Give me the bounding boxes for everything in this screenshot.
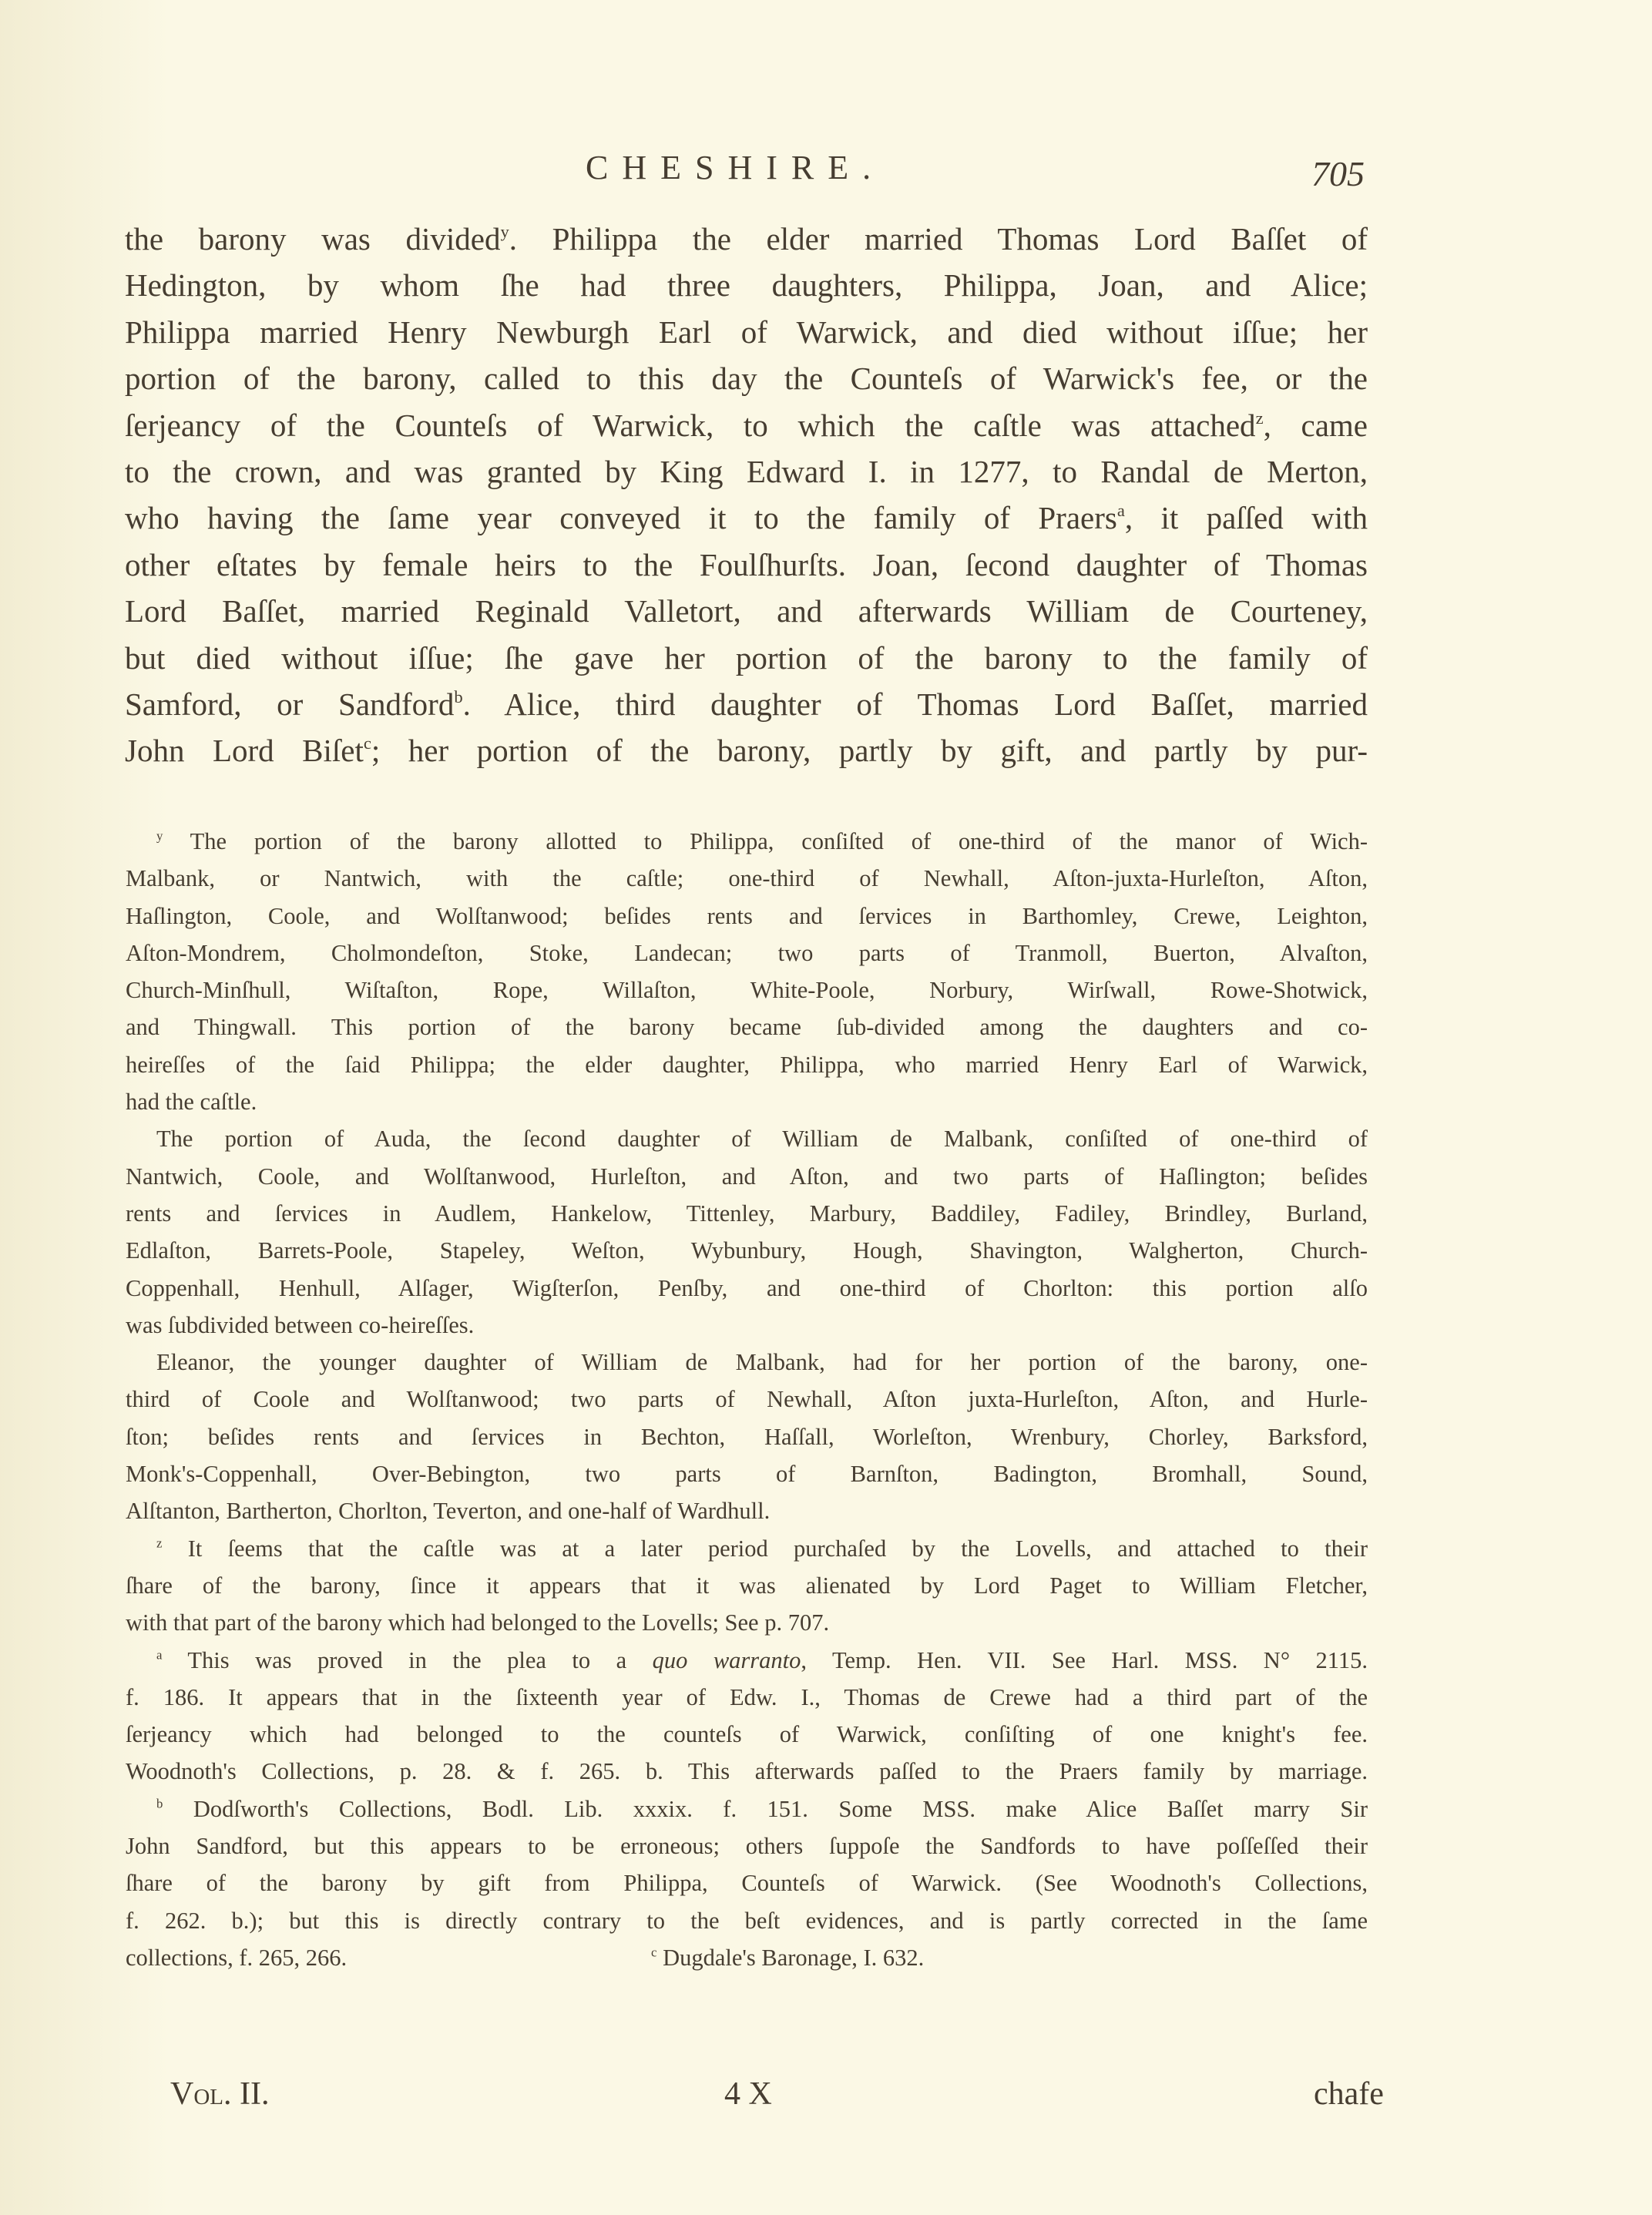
body-line: portion of the barony, called to this da… [125,355,1368,401]
body-line: Lord Baſſet, married Reginald Valletort,… [125,588,1368,634]
footnote-mark-z: z [156,1535,162,1550]
body-line: ſerjeancy of the Counteſs of Warwick, to… [125,402,1368,448]
footnote-b-line: ſhare of the barony by gift from Philipp… [126,1864,1368,1901]
page-footer: Vol. II. 4 X chafe [0,2072,1652,2119]
footnote-y-para3-line: Alſtanton, Bartherton, Chorlton, Teverto… [126,1492,1368,1529]
footnote-y-line: Malbank, or Nantwich, with the caſtle; o… [126,860,1368,897]
footnote-y-para2-line: Coppenhall, Henhull, Alſager, Wigſterſon… [126,1270,1368,1307]
footnote-b-line: John Sandford, but this appears to be er… [126,1827,1368,1864]
footnote-z-line: ſhare of the barony, ſince it appears th… [126,1567,1368,1604]
footnote-mark-a: a [156,1647,162,1662]
text-run: , Temp. Hen. VII. See Harl. MSS. N° 2115… [801,1647,1368,1673]
footnote-a-line: Woodnoth's Collections, p. 28. & f. 265.… [126,1753,1368,1790]
footnote-y-para2-line: Edlaſton, Barrets-Poole, Stapeley, Weſto… [126,1232,1368,1269]
text-run: John Lord Biſet [125,733,364,768]
footnote-b-line: f. 262. b.); but this is directly contra… [126,1902,1368,1939]
footnote-y-para3-line: Monk's-Coppenhall, Over-Bebington, two p… [126,1455,1368,1492]
catchword: chafe [1314,2072,1384,2116]
body-line: Samford, or Sandfordb. Alice, third daug… [125,681,1368,727]
running-header: CHESHIRE. 705 [0,145,1652,191]
body-line: the barony was dividedy. Philippa the el… [125,216,1368,262]
footnote-y-para3-line: ſton; beſides rents and ſervices in Bech… [126,1418,1368,1455]
footnote-y-line: and Thingwall. This portion of the baron… [126,1008,1368,1045]
body-line: Hedington, by whom ſhe had three daughte… [125,262,1368,308]
text-run: This was proved in the plea to a [187,1647,652,1673]
footnote-z-line: z It ſeems that the caſtle was at a late… [126,1530,1368,1567]
footnote-y-para2-line: Nantwich, Coole, and Wolſtanwood, Hurleſ… [126,1158,1368,1195]
text-run: , it paſſed with [1125,500,1368,535]
footnote-a-line: ſerjeancy which had belonged to the coun… [126,1716,1368,1753]
footnote-b-line: b Dodſworth's Collections, Bodl. Lib. xx… [126,1790,1368,1827]
text-run: ; her portion of the barony, partly by g… [371,733,1368,768]
body-line: Philippa married Henry Newburgh Earl of … [125,309,1368,355]
text-run: It ſeems that the caſtle was at a later … [188,1535,1368,1562]
footnote-y-line: y The portion of the barony allotted to … [126,823,1368,860]
text-run: Samford, or Sandford [125,686,454,722]
footnote-c: c Dugdale's Baronage, I. 632. [651,1939,924,1976]
text-run: Dugdale's Baronage, I. 632. [663,1945,924,1971]
text-run: The portion of the barony allotted to Ph… [190,828,1368,854]
main-body-text: the barony was dividedy. Philippa the el… [125,216,1368,774]
footnote-a-line: f. 186. It appears that in the ſixteenth… [126,1679,1368,1716]
footnote-y-line: Haſlington, Coole, and Wolſtanwood; beſi… [126,898,1368,935]
text-run: . Philippa the elder married Thomas Lord… [509,221,1368,257]
body-line: but died without iſſue; ſhe gave her por… [125,635,1368,681]
volume-label: Vol. II. [170,2072,269,2116]
footnote-y-para3-line: third of Coole and Wolſtanwood; two part… [126,1381,1368,1418]
text-run: who having the ſame year conveyed it to … [125,500,1117,535]
footnote-ref-a[interactable]: a [1117,502,1125,521]
footnote-y-line: Aſton-Mondrem, Cholmondeſton, Stoke, Lan… [126,935,1368,972]
text-run: collections, f. 265, 266. [126,1945,347,1971]
body-line: who having the ſame year conveyed it to … [125,495,1368,541]
footnote-ref-c[interactable]: c [364,734,371,753]
footnote-ref-z[interactable]: z [1256,408,1264,428]
footnote-y-para2-line: The portion of Auda, the ſecond daughter… [126,1120,1368,1157]
text-run: . Alice, third daughter of Thomas Lord B… [463,686,1368,722]
body-line: John Lord Biſetc; her portion of the bar… [125,727,1368,774]
footnote-b-last-line: collections, f. 265, 266.c Dugdale's Bar… [126,1939,1368,1976]
text-run: ſerjeancy of the Counteſs of Warwick, to… [125,408,1256,443]
footnote-ref-y[interactable]: y [500,222,509,241]
footnote-mark-b: b [156,1796,163,1811]
footnote-mark-y: y [156,828,163,843]
page-number: 705 [1311,151,1365,197]
italic-term: quo warranto [653,1647,801,1673]
text-run: , came [1264,408,1368,443]
footnote-a-line: a This was proved in the plea to a quo w… [126,1642,1368,1679]
footnote-y-line: had the caſtle. [126,1083,1368,1120]
signature-mark: 4 X [724,2072,772,2116]
footnote-y-line: heireſſes of the ſaid Philippa; the elde… [126,1046,1368,1083]
running-title: CHESHIRE. [586,145,885,191]
footnote-z-line: with that part of the barony which had b… [126,1604,1368,1641]
body-line: other eſtates by female heirs to the Fou… [125,542,1368,588]
footnote-mark-c: c [651,1945,656,1959]
footnote-y-para3-line: Eleanor, the younger daughter of William… [126,1344,1368,1381]
text-run: the barony was divided [125,221,500,257]
footnote-ref-b[interactable]: b [454,687,462,706]
footnote-y-para2-line: rents and ſervices in Audlem, Hankelow, … [126,1195,1368,1232]
footnotes-section: y The portion of the barony allotted to … [126,823,1368,1976]
footnote-y-line: Church-Minſhull, Wiſtaſton, Rope, Willaſ… [126,972,1368,1008]
body-line: to the crown, and was granted by King Ed… [125,448,1368,495]
text-run: Dodſworth's Collections, Bodl. Lib. xxxi… [193,1796,1368,1822]
footnote-y-para2-line: was ſubdivided between co-heireſſes. [126,1307,1368,1344]
